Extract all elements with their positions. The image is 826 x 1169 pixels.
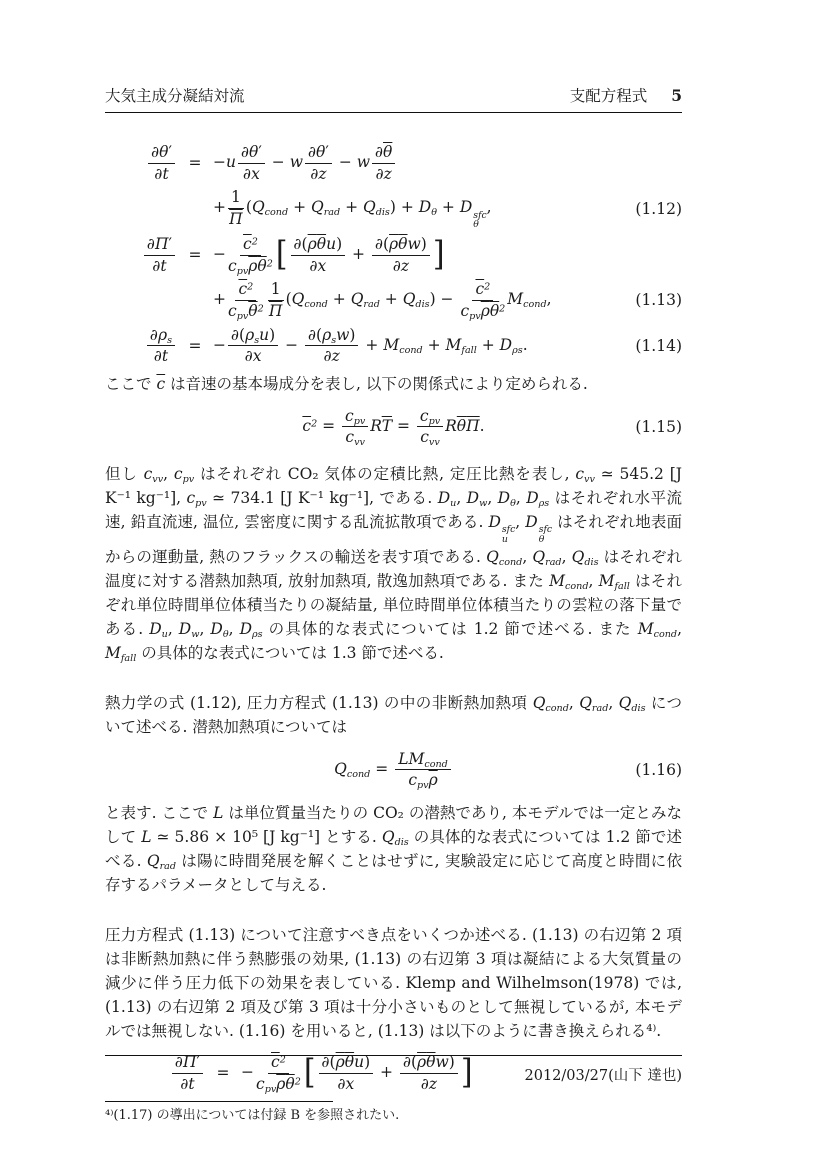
eq114-lhs: ∂ρs∂t [105, 326, 177, 366]
document-page: 大気主成分凝結対流 支配方程式 5 ∂θ′∂t = −u∂θ′∂x − w∂θ′… [105, 0, 682, 1125]
eq113-rhs-line2: +c2cpvθ21Π(Qcond + Qrad + Qdis) − c2cpvρ… [213, 280, 682, 320]
equation-1-16: Qcond = LMcondcpvρ (1.16) [105, 749, 682, 791]
running-title-left: 大気主成分凝結対流 [105, 84, 245, 106]
eq115-content: c2 = cpvcvvRT = cpvcvvRθΠ. [302, 407, 484, 447]
eq112-rhs-line1: −u∂θ′∂x − w∂θ′∂z − w∂θ∂z [213, 143, 682, 183]
footer-date-author: 2012/03/27(山下 達也) [525, 1068, 683, 1084]
eq112-rhs-line2: +1Π(Qcond + Qrad + Qdis) + Dθ + Dsfcθ, [213, 188, 682, 230]
page-header: 大気主成分凝結対流 支配方程式 5 [105, 0, 682, 113]
equation-row: +1Π(Qcond + Qrad + Qdis) + Dθ + Dsfcθ, (… [105, 188, 682, 230]
paragraph-pressure-equation-notes: 圧力方程式 (1.13) について注意すべき点をいくつか述べる. (1.13) … [105, 923, 682, 1043]
paragraph-sound-speed: ここで c は音速の基本場成分を表し, 以下の関係式により定められる. [105, 372, 682, 396]
equation-row: ∂ρs∂t = −∂(ρsu)∂x − ∂(ρsw)∂z + Mcond + M… [105, 326, 682, 366]
eq114-rhs: −∂(ρsu)∂x − ∂(ρsw)∂z + Mcond + Mfall + D… [213, 326, 682, 366]
equals-sign: = [177, 154, 213, 172]
running-title-right: 支配方程式 [570, 84, 648, 106]
page-footer: 2012/03/27(山下 達也) [105, 1055, 682, 1085]
equation-1-14: ∂ρs∂t = −∂(ρsu)∂x − ∂(ρsw)∂z + Mcond + M… [105, 326, 682, 366]
equation-row: ∂Π′∂t = −c2cpvρθ2[∂(ρθu)∂x + ∂(ρθw)∂z] [105, 235, 682, 275]
footnote-rule [105, 1101, 333, 1102]
equation-number-1-13: (1.13) [635, 291, 682, 309]
paragraph-latent-heat: と表す. ここで L は単位質量当たりの CO₂ の潜熱であり, 本モデルでは一… [105, 801, 682, 897]
equation-row: ∂θ′∂t = −u∂θ′∂x − w∂θ′∂z − w∂θ∂z [105, 143, 682, 183]
equation-row: +c2cpvθ21Π(Qcond + Qrad + Qdis) − c2cpvρ… [105, 280, 682, 320]
equation-number-1-12: (1.12) [635, 200, 682, 218]
equation-1-12: ∂θ′∂t = −u∂θ′∂x − w∂θ′∂z − w∂θ∂z +1Π(Qco… [105, 143, 682, 230]
equals-sign: = [177, 337, 213, 355]
footnote-text: ⁴⁾(1.17) の導出については付録 B を参照されたい. [105, 1107, 682, 1125]
running-title-right-group: 支配方程式 5 [570, 84, 682, 106]
eq113-lhs: ∂Π′∂t [105, 235, 177, 275]
paragraph-heating-terms: 熱力学の式 (1.12), 圧力方程式 (1.13) の中の非断熱加熱項 Qco… [105, 691, 682, 739]
footnote: ⁴⁾(1.17) の導出については付録 B を参照されたい. [105, 1101, 682, 1125]
equation-number-1-14: (1.14) [635, 337, 682, 355]
page-number: 5 [671, 86, 682, 105]
paragraph-coefficients: 但し cvv, cpv はそれぞれ CO₂ 気体の定積比熱, 定圧比熱を表し, … [105, 462, 682, 665]
equation-1-15: c2 = cpvcvvRT = cpvcvvRθΠ. (1.15) [105, 406, 682, 448]
equation-1-13: ∂Π′∂t = −c2cpvρθ2[∂(ρθu)∂x + ∂(ρθw)∂z] +… [105, 235, 682, 320]
equation-number-1-15: (1.15) [635, 418, 682, 436]
equation-number-1-16: (1.16) [635, 761, 682, 779]
eq113-rhs-line1: −c2cpvρθ2[∂(ρθu)∂x + ∂(ρθw)∂z] [213, 235, 682, 275]
equals-sign: = [177, 246, 213, 264]
eq112-lhs: ∂θ′∂t [105, 143, 177, 183]
eq116-content: Qcond = LMcondcpvρ [334, 750, 453, 790]
